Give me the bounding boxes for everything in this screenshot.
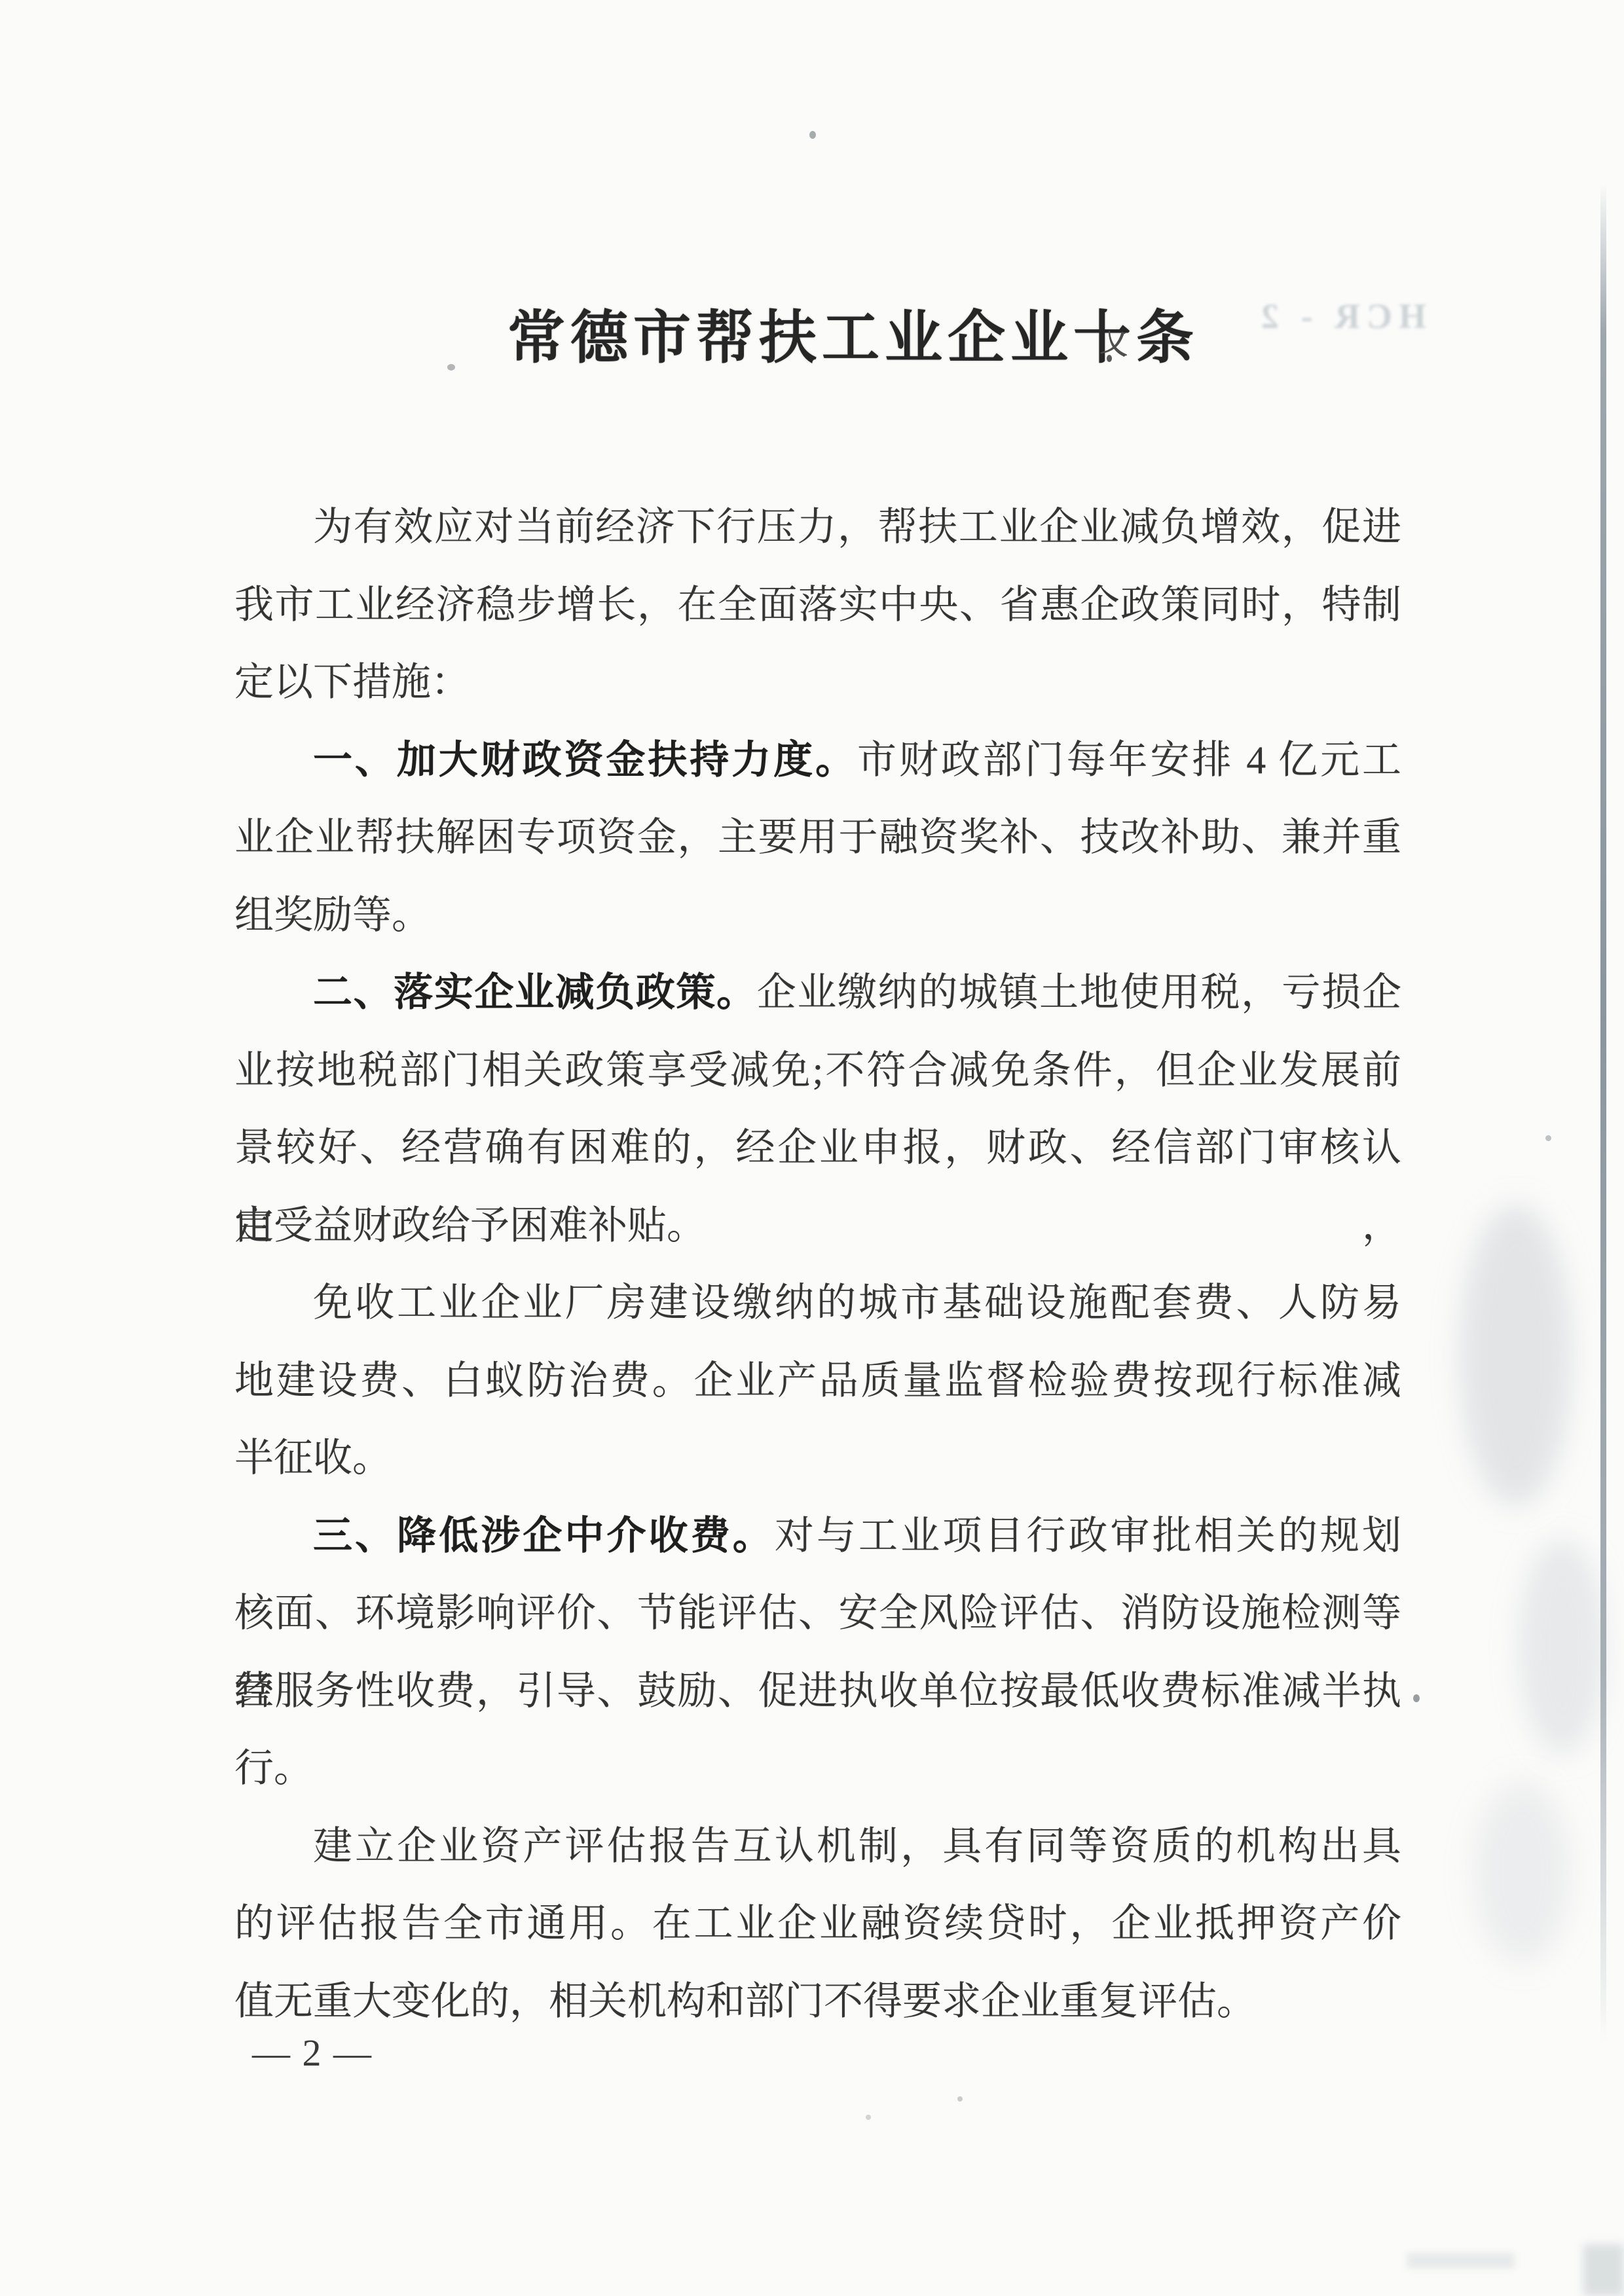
margin-ink-dot — [1107, 355, 1112, 362]
body-text: 市财政部门每年安排 4 亿元工 — [857, 738, 1401, 782]
bleedthrough-smudge — [1460, 1205, 1572, 1506]
section-heading-text: 一、加大财政资金扶持力度。 — [313, 738, 857, 782]
body-text: 的评估报告全市通用。在工业企业融资续贷时，企业抵押资产价 — [234, 1902, 1401, 1945]
document-body: 为有效应对当前经济下行压力，帮扶工业企业减负增效，促进 我市工业经济稳步增长，在… — [234, 488, 1401, 2040]
body-line: 定以下措施： — [234, 644, 1401, 721]
corner-smudge — [1407, 2253, 1515, 2269]
scan-speck — [447, 364, 455, 371]
body-text: 定以下措施： — [234, 661, 470, 704]
body-text: 建立企业资产评估报告互认机制，具有同等资质的机构出具 — [313, 1825, 1401, 1868]
bleedthrough-smudge — [1519, 1539, 1604, 1755]
scan-edge-line — [1600, 183, 1606, 2043]
body-line: 二、落实企业减负政策。企业缴纳的城镇土地使用税，亏损企 — [234, 954, 1401, 1032]
body-text: 我市工业经济稳步增长，在全面落实中央、省惠企政策同时，特制 — [234, 583, 1401, 627]
body-text: 值无重大变化的，相关机构和部门不得要求企业重复评估。 — [234, 1980, 1256, 2023]
body-line: 为有效应对当前经济下行压力，帮扶工业企业减负增效，促进 — [234, 488, 1401, 566]
body-line: 行。 — [234, 1730, 1401, 1808]
body-line: 建立企业资产评估报告互认机制，具有同等资质的机构出具 — [234, 1808, 1401, 1886]
body-text: 半征收。 — [234, 1436, 392, 1480]
document-title: 常德市帮扶工业企业十条 — [507, 302, 1199, 376]
body-line: 的评估报告全市通用。在工业企业融资续贷时，企业抵押资产价 — [234, 1885, 1401, 1963]
body-line: 业企业帮扶解困专项资金，主要用于融资奖补、技改补助、兼并重 — [234, 799, 1401, 877]
body-line: 组奖励等。 — [234, 877, 1401, 955]
body-text: 企业缴纳的城镇土地使用税，亏损企 — [757, 971, 1401, 1014]
bleedthrough-mirrored-text: HCR - 2 — [1210, 296, 1426, 342]
corner-smudge — [1583, 2244, 1624, 2296]
body-line: 我市工业经济稳步增长，在全面落实中央、省惠企政策同时，特制 — [234, 566, 1401, 644]
body-text: 业企业帮扶解困专项资金，主要用于融资奖补、技改补助、兼并重 — [234, 816, 1401, 859]
section-heading-text: 二、落实企业减负政策。 — [313, 971, 757, 1014]
body-line: 景较好、经营确有困难的，经企业申报，财政、经信部门审核认定， — [234, 1109, 1401, 1187]
body-text: 业按地税部门相关政策享受减免;不符合减免条件，但企业发展前 — [234, 1049, 1401, 1092]
body-text: 对与工业项目行政审批相关的规划 — [775, 1514, 1401, 1558]
body-line: 核面、环境影响评价、节能评估、安全风险评估、消防设施检测等经 — [234, 1575, 1401, 1652]
body-text: 由受益财政给予困难补贴。 — [234, 1204, 706, 1247]
body-text: 地建设费、白蚁防治费。企业产品质量监督检验费按现行标准减 — [234, 1359, 1401, 1402]
scan-speck — [957, 2096, 963, 2102]
bleedthrough-smudge — [1473, 1781, 1572, 1964]
scanned-document-page: HCR - 2 常德市帮扶工业企业十条 为有效应对当前经济下行压力，帮扶工业企业… — [0, 0, 1624, 2296]
scan-speck — [809, 131, 816, 139]
margin-ink-mark: 乂 — [1099, 320, 1132, 363]
scan-speck — [1545, 1135, 1551, 1141]
body-line: 地建设费、白蚁防治费。企业产品质量监督检验费按现行标准减 — [234, 1342, 1401, 1420]
body-text: 行。 — [234, 1747, 313, 1790]
body-text: 免收工业企业厂房建设缴纳的城市基础设施配套费、人防易 — [313, 1281, 1401, 1324]
body-line: 三、降低涉企中介收费。对与工业项目行政审批相关的规划 — [234, 1497, 1401, 1575]
body-line: 免收工业企业厂房建设缴纳的城市基础设施配套费、人防易 — [234, 1264, 1401, 1342]
scan-speck — [1413, 1694, 1420, 1702]
body-line: 营服务性收费，引导、鼓励、促进执收单位按最低收费标准减半执 — [234, 1652, 1401, 1730]
body-text: 组奖励等。 — [234, 894, 431, 937]
body-line: 值无重大变化的，相关机构和部门不得要求企业重复评估。 — [234, 1963, 1401, 2041]
scan-speck — [866, 2115, 871, 2120]
body-line: 一、加大财政资金扶持力度。市财政部门每年安排 4 亿元工 — [234, 721, 1401, 799]
body-text: 为有效应对当前经济下行压力，帮扶工业企业减负增效，促进 — [313, 505, 1401, 549]
page-number: — 2 — — [252, 2030, 373, 2077]
body-text: 营服务性收费，引导、鼓励、促进执收单位按最低收费标准减半执 — [234, 1669, 1401, 1713]
body-line: 业按地税部门相关政策享受减免;不符合减免条件，但企业发展前 — [234, 1032, 1401, 1110]
section-heading-text: 三、降低涉企中介收费。 — [313, 1514, 775, 1558]
body-line: 半征收。 — [234, 1419, 1401, 1497]
